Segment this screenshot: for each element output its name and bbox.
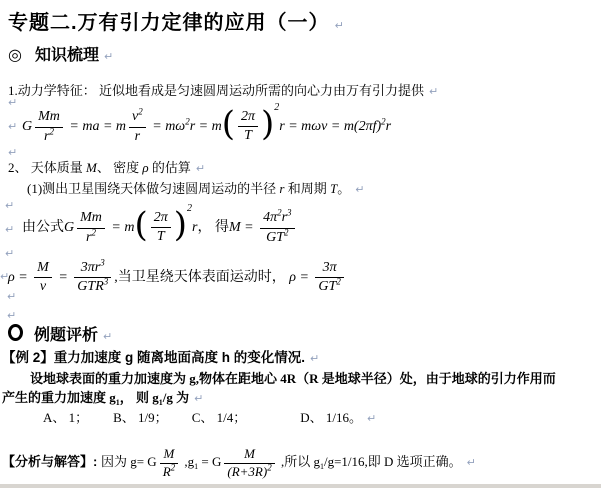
paragraph-return-mark: ↵ [7, 290, 16, 303]
paragraph-return-mark: ↵ [310, 352, 319, 365]
paragraph-return-mark: ↵ [429, 85, 438, 98]
fraction: Mv [34, 260, 52, 295]
fraction: MR2 [160, 447, 178, 480]
heavy-ring-bullet-icon [8, 324, 23, 341]
mass-derivation-formula: 由公式GMmr2 = m(2πT)2r， 得M = 4π2r3GT2 [22, 202, 298, 254]
density-formula: ρ = Mv = 3πr3GTR3,当卫星绕天体表面运动时， ρ = 3πGT2 [8, 255, 347, 301]
fraction: 2πT [151, 210, 171, 245]
page-title: 专题二.万有引力定律的应用（一）↵ [8, 6, 345, 35]
paragraph-return-mark: ↵ [7, 309, 16, 322]
knowledge-section-heading: ◎知识梳理↵ [8, 42, 113, 65]
paragraph-return-mark: ↵ [5, 199, 14, 212]
paragraph-return-mark: ↵ [194, 392, 203, 405]
fraction: v2r [129, 109, 146, 144]
option-b: B、 1/9； [113, 410, 168, 425]
option-a: A、 1； [43, 410, 88, 425]
gravity-centripetal-formula: GMmr2 = ma = mv2r = mω2r = m(2πT)2r = mω… [22, 102, 391, 152]
fraction: 3πr3GTR3 [74, 260, 111, 295]
document-page: 专题二.万有引力定律的应用（一）↵ ◎知识梳理↵ 1.动力学特征： 近似地看成是… [0, 0, 601, 488]
option-c: C、 1/4； [192, 410, 247, 425]
paragraph-return-mark: ↵ [335, 19, 345, 32]
fraction: 2πT [238, 109, 258, 144]
satellite-measurement-line: (1)测出卫星围绕天体做匀速圆周运动的半径 r 和周期 T。↵ [27, 178, 364, 197]
examples-section-heading: 例题评析↵ [8, 322, 112, 345]
paragraph-return-mark: ↵ [5, 247, 14, 260]
dynamics-feature-line: 1.动力学特征： 近似地看成是匀速圆周运动所需的向心力由万有引力提供↵ [8, 80, 438, 99]
paragraph-return-mark: ↵ [355, 183, 364, 196]
paragraph-return-mark: ↵ [8, 96, 17, 109]
fraction: 3πGT2 [315, 260, 343, 295]
example2-body-line2: 产生的重力加速度 g1， 则 g1/g 为↵ [2, 387, 203, 406]
fraction: 4π2r3GT2 [260, 210, 294, 245]
double-circle-bullet-icon: ◎ [8, 47, 22, 64]
paragraph-return-mark: ↵ [367, 412, 376, 425]
paragraph-return-mark: ↵ [103, 330, 112, 343]
paragraph-return-mark: ↵ [8, 120, 17, 133]
fraction: M(R+3R)2 [224, 447, 274, 480]
fraction: Mmr2 [35, 109, 63, 144]
paragraph-return-mark: ↵ [8, 146, 17, 159]
parenthesized-fraction-power: (2πT)2 [222, 102, 280, 152]
window-bottom-edge [0, 484, 601, 488]
page-title-text: 专题二.万有引力定律的应用（一） [8, 12, 330, 34]
knowledge-heading-label: 知识梳理 [35, 47, 99, 64]
parenthesized-fraction-power: (2πT)2 [134, 202, 192, 254]
mass-density-estimation-line: 2、 天体质量 M、 密度 ρ 的估算↵ [8, 157, 205, 176]
paragraph-return-mark: ↵ [467, 456, 476, 469]
answer-options-line: A、 1；B、 1/9；C、 1/4；D、 1/16。↵ [43, 407, 376, 426]
fraction: Mmr2 [77, 210, 105, 245]
example2-title-line: 【例 2】重力加速度 g 随离地面高度 h 的变化情况.↵ [2, 346, 319, 366]
option-d: D、 1/16。 [300, 410, 362, 425]
paragraph-return-mark: ↵ [196, 162, 205, 175]
paragraph-return-mark: ↵ [5, 223, 14, 236]
analysis-answer-line: 【分析与解答】: 因为 g= GMR2 ,g1 = GM(R+3R)2 ,所以 … [2, 440, 476, 484]
examples-heading-label: 例题评析 [34, 327, 98, 344]
paragraph-return-mark: ↵ [104, 50, 113, 63]
example2-body-line1: 设地球表面的重力加速度为 g,物体在距地心 4R（R 是地球半径）处，由于地球的… [30, 368, 556, 387]
paragraph-return-mark: ↵ [0, 270, 9, 283]
